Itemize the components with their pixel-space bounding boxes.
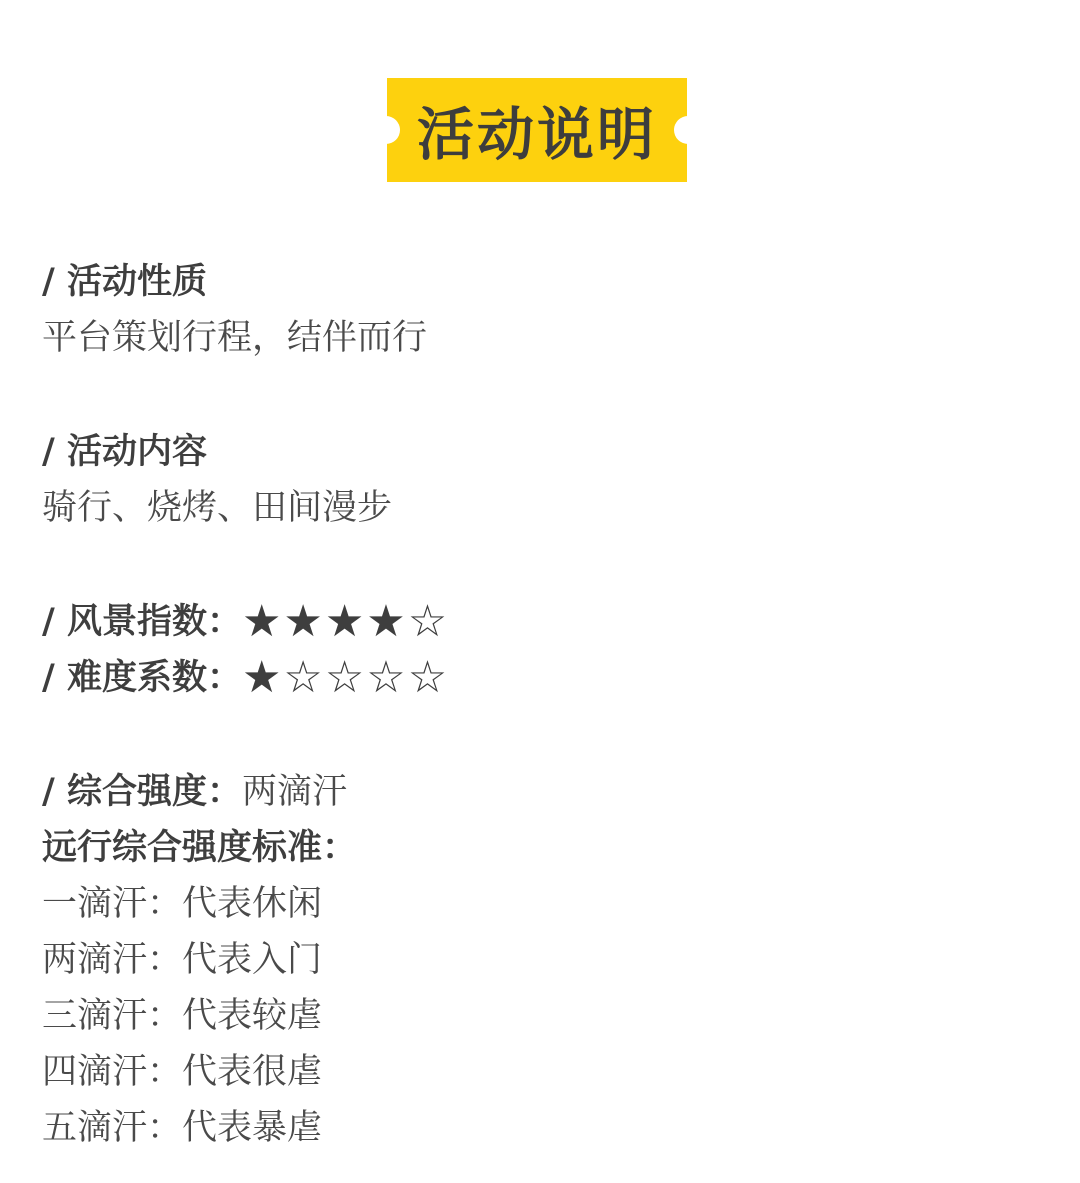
difficulty-rating-line: / 难度系数：★☆☆☆☆ — [42, 650, 1080, 706]
intensity-scale-item-1: 一滴汗：代表休闲 — [42, 876, 1080, 932]
section-ratings: / 风景指数：★★★★☆ / 难度系数：★☆☆☆☆ — [42, 594, 1080, 706]
intensity-scale-title: 远行综合强度标准： — [42, 820, 1080, 876]
intensity-value: 两滴汗 — [242, 772, 347, 812]
scenery-rating-line: / 风景指数：★★★★☆ — [42, 594, 1080, 650]
section-intensity: / 综合强度：两滴汗 远行综合强度标准： 一滴汗：代表休闲 两滴汗：代表入门 三… — [42, 764, 1080, 1156]
section-activity-nature: / 活动性质 平台策划行程，结伴而行 — [42, 254, 1080, 366]
activity-notes-banner: 活动说明 — [387, 78, 687, 182]
intensity-line: / 综合强度：两滴汗 — [42, 764, 1080, 820]
ticket-notch-left-icon — [372, 116, 400, 144]
activity-content-body: 骑行、烧烤、田间漫步 — [42, 480, 1080, 536]
intensity-scale-item-3: 三滴汗：代表较虐 — [42, 988, 1080, 1044]
content: / 活动性质 平台策划行程，结伴而行 / 活动内容 骑行、烧烤、田间漫步 / 风… — [0, 254, 1080, 1156]
activity-nature-body: 平台策划行程，结伴而行 — [42, 310, 1080, 366]
intensity-scale-item-4: 四滴汗：代表很虐 — [42, 1044, 1080, 1100]
difficulty-rating-label: / 难度系数： — [42, 658, 242, 698]
page: 活动说明 / 活动性质 平台策划行程，结伴而行 / 活动内容 骑行、烧烤、田间漫… — [0, 0, 1080, 1183]
scenery-star-rating: ★★★★☆ — [242, 596, 449, 647]
ticket-notch-right-icon — [674, 116, 702, 144]
intensity-scale-item-2: 两滴汗：代表入门 — [42, 932, 1080, 988]
intensity-scale-item-5: 五滴汗：代表暴虐 — [42, 1100, 1080, 1156]
banner-title: 活动说明 — [417, 89, 657, 171]
difficulty-star-rating: ★☆☆☆☆ — [242, 652, 449, 703]
activity-nature-heading: / 活动性质 — [42, 254, 1080, 310]
intensity-label: / 综合强度： — [42, 772, 242, 812]
scenery-rating-label: / 风景指数： — [42, 602, 242, 642]
section-activity-content: / 活动内容 骑行、烧烤、田间漫步 — [42, 424, 1080, 536]
activity-content-heading: / 活动内容 — [42, 424, 1080, 480]
